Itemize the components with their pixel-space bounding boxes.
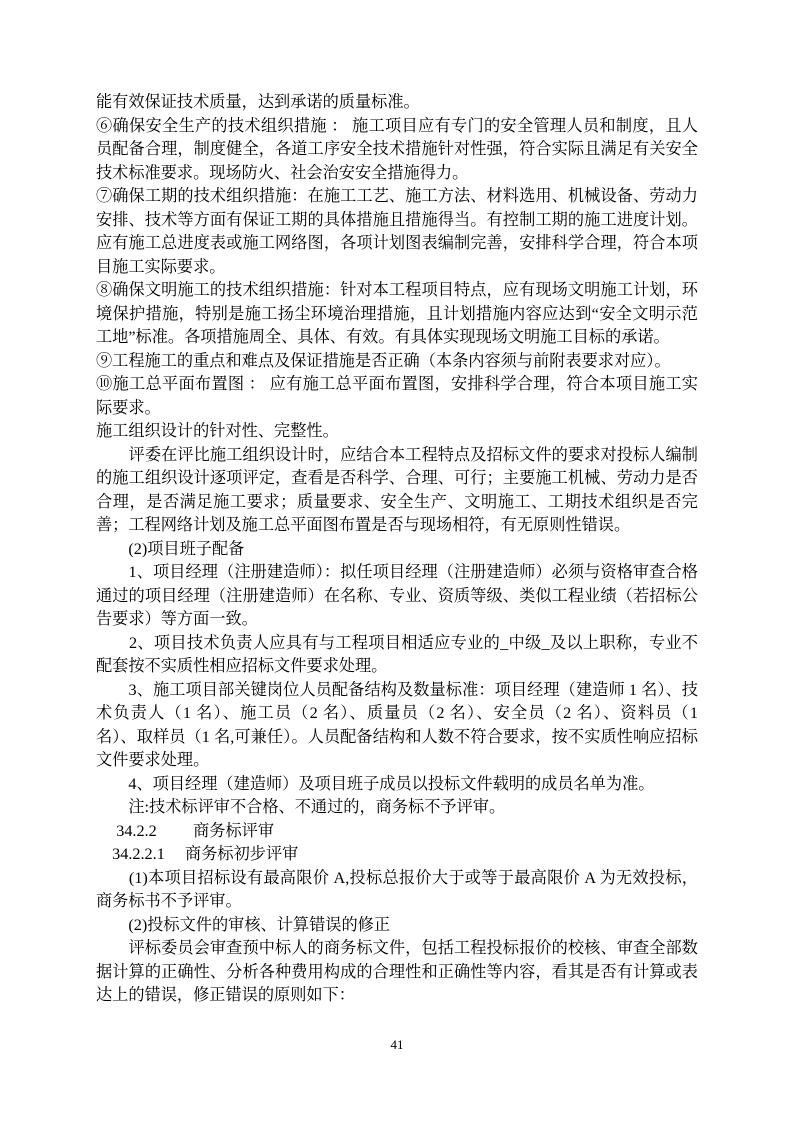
document-page: 能有效保证技术质量，达到承诺的质量标准。⑥确保安全生产的技术组织措施 ： 施工项… [0, 0, 794, 1122]
paragraph: 4、项目经理（建造师）及项目班子成员以投标文件载明的成员名单为准。 [96, 773, 698, 797]
paragraph: (2)投标文件的审核、计算错误的修正 [96, 914, 698, 938]
page-number: 41 [96, 1037, 698, 1053]
paragraph: 34.2.2.1 商务标初步评审 [96, 843, 698, 867]
paragraph: 评委在评比施工组织设计时，应结合本工程特点及招标文件的要求对投标人编制的施工组织… [96, 444, 698, 538]
paragraph: ⑦确保工期的技术组织措施：在施工工艺、施工方法、材料选用、机械设备、劳动力安排、… [96, 185, 698, 279]
paragraph: ⑩施工总平面布置图 ： 应有施工总平面布置图，安排科学合理，符合本项目施工实际要… [96, 373, 698, 420]
paragraph: (2)项目班子配备 [96, 538, 698, 562]
paragraph: ⑧确保文明施工的技术组织措施：针对本工程项目特点，应有现场文明施工计划，环境保护… [96, 279, 698, 350]
paragraph: (1)本项目招标设有最高限价 A,投标总报价大于或等于最高限价 A 为无效投标，… [96, 867, 698, 914]
document-body: 能有效保证技术质量，达到承诺的质量标准。⑥确保安全生产的技术组织措施 ： 施工项… [96, 91, 698, 1008]
paragraph: 能有效保证技术质量，达到承诺的质量标准。 [96, 91, 698, 115]
paragraph: 34.2.2 商务标评审 [96, 820, 698, 844]
paragraph: ⑨工程施工的重点和难点及保证措施是否正确（本条内容须与前附表要求对应）。 [96, 350, 698, 374]
paragraph: ⑥确保安全生产的技术组织措施 ： 施工项目应有专门的安全管理人员和制度，且人员配… [96, 115, 698, 186]
paragraph: 注:技术标评审不合格、不通过的，商务标不予评审。 [96, 796, 698, 820]
paragraph: 评标委员会审查预中标人的商务标文件，包括工程投标报价的校核、审查全部数据计算的正… [96, 937, 698, 1008]
paragraph: 施工组织设计的针对性、完整性。 [96, 420, 698, 444]
paragraph: 3、施工项目部关键岗位人员配备结构及数量标准：项目经理（建造师 1 名）、技术负… [96, 679, 698, 773]
paragraph: 2、项目技术负责人应具有与工程项目相适应专业的_中级_及以上职称，专业不配套按不… [96, 632, 698, 679]
paragraph: 1、项目经理（注册建造师）：拟任项目经理（注册建造师）必须与资格审查合格通过的项… [96, 561, 698, 632]
